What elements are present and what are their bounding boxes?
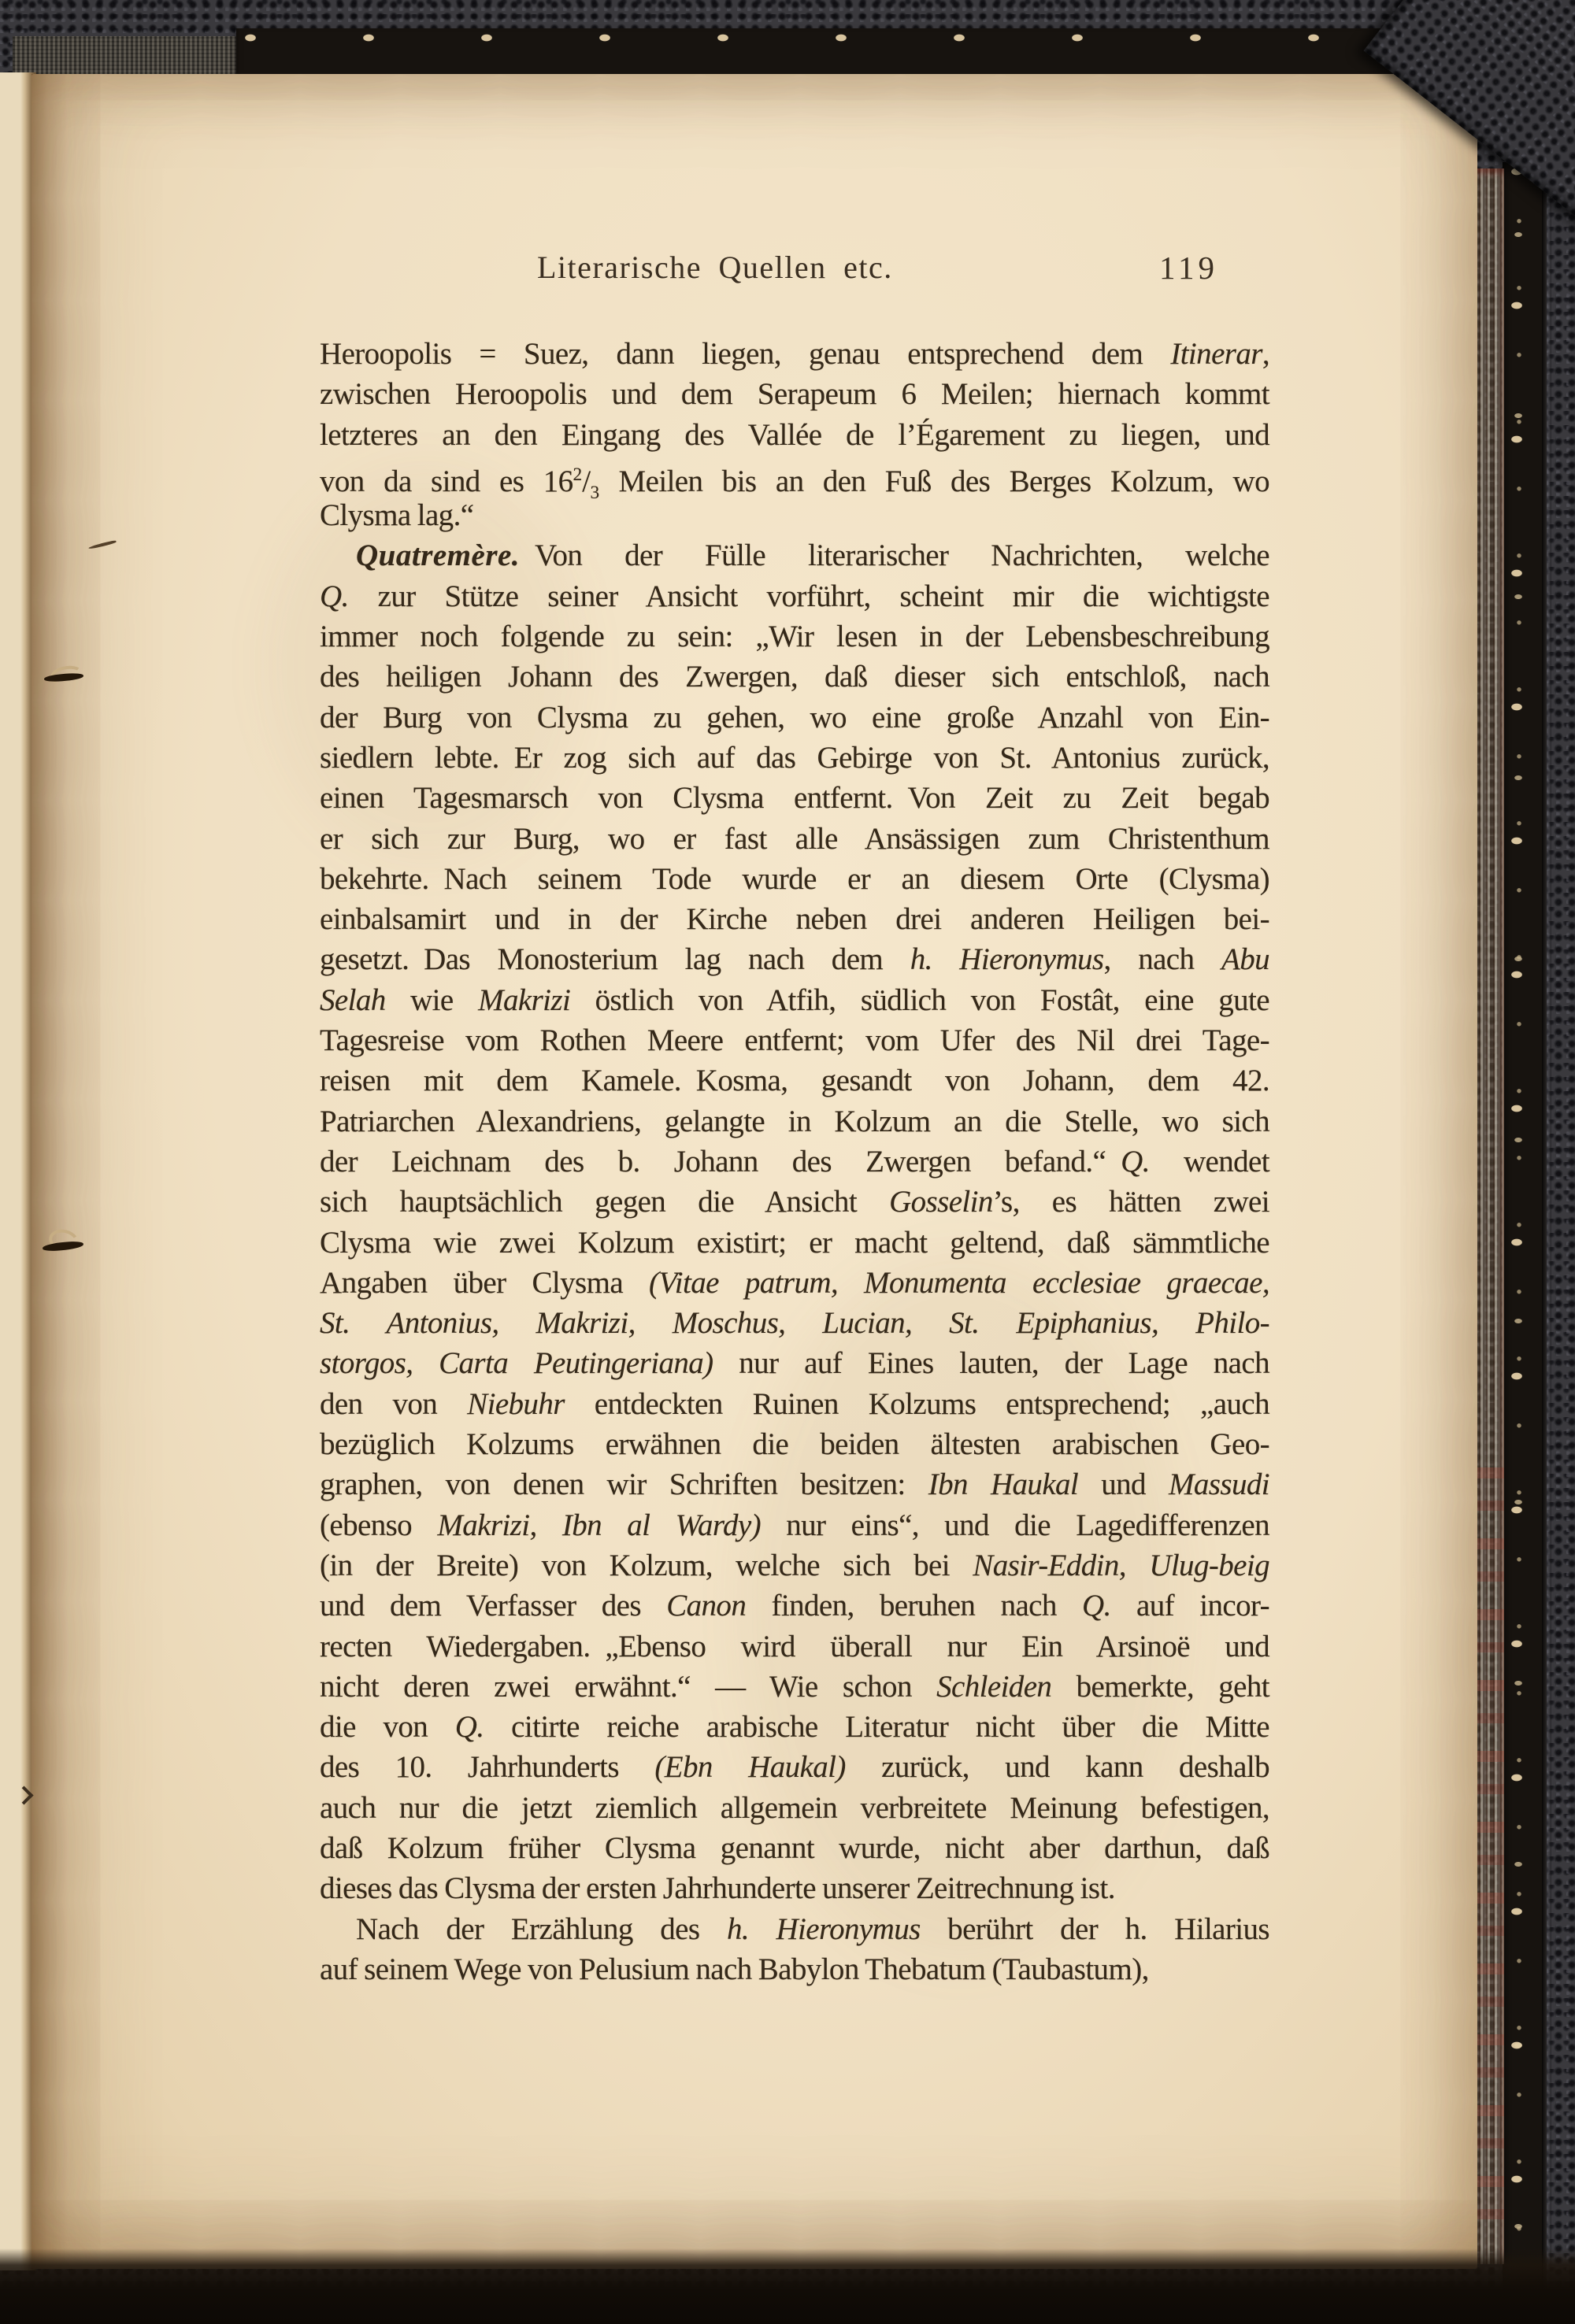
- text-segment: bezüglich Kolzums erwähnen die beiden äl…: [320, 1427, 1269, 1461]
- text-segment: 3: [590, 483, 599, 503]
- text-block: Heroopolis = Suez, dann liegen, genau en…: [320, 334, 1269, 1989]
- text-segment: Meilen bis an den Fuß des Berges Kolzum,…: [599, 464, 1269, 498]
- text-line: des 10. Jahrhunderts (Ebn Haukal) zurück…: [320, 1747, 1269, 1787]
- text-segment: die von: [320, 1710, 455, 1744]
- text-line: (in der Breite) von Kolzum, welche sich …: [320, 1545, 1269, 1586]
- text-segment: citirte reiche arabische Literatur nicht…: [484, 1710, 1269, 1744]
- text-segment: der Burg von Clysma zu gehen, wo eine gr…: [320, 701, 1269, 735]
- text-segment: den von: [320, 1387, 467, 1421]
- text-segment: reisen mit dem Kamele. Kosma, gesandt vo…: [320, 1064, 1269, 1097]
- text-line: Clysma wie zwei Kolzum existirt; er mach…: [320, 1223, 1269, 1263]
- text-line: zwischen Heroopolis und dem Serapeum 6 M…: [320, 374, 1269, 414]
- text-line: immer noch folgende zu sein: „Wir lesen …: [320, 616, 1269, 657]
- text-segment: Nach der Erzählung des: [356, 1912, 727, 1946]
- text-segment: Patriarchen Alexandriens, gelangte in Ko…: [320, 1105, 1269, 1138]
- text-line: einbalsamirt und in der Kirche neben dre…: [320, 899, 1269, 939]
- text-segment: und dem Verfasser des: [320, 1589, 666, 1623]
- text-line: der Burg von Clysma zu gehen, wo eine gr…: [320, 698, 1269, 738]
- text-segment: siedlern lebte. Er zog sich auf das Gebi…: [320, 741, 1269, 775]
- text-segment: letzteres an den Eingang des Vallée de l…: [320, 418, 1269, 452]
- text-segment: und: [1078, 1467, 1169, 1501]
- text-line: Clysma lag.“: [320, 495, 1269, 535]
- text-line: recten Wiedergaben. „Ebenso wird überall…: [320, 1626, 1269, 1667]
- text-line: reisen mit dem Kamele. Kosma, gesandt vo…: [320, 1060, 1269, 1101]
- text-segment: Itinerar: [1170, 337, 1262, 371]
- page-gutter-shadow: [31, 74, 68, 2269]
- text-segment: Clysma wie zwei Kolzum existirt; er mach…: [320, 1226, 1269, 1260]
- text-segment: von da sind es 16: [320, 464, 573, 498]
- text-line: dieses das Clysma der ersten Jahrhundert…: [320, 1868, 1269, 1908]
- text-segment: ’s, es hätten zwei: [993, 1185, 1269, 1219]
- text-segment: östlich von Atfih, südlich von Fostât, e…: [570, 983, 1269, 1017]
- text-segment: h. Hieronymus: [727, 1912, 921, 1946]
- text-segment: immer noch folgende zu sein: „Wir lesen …: [320, 620, 1269, 653]
- text-line: siedlern lebte. Er zog sich auf das Gebi…: [320, 738, 1269, 778]
- text-segment: h. Hieronymus: [910, 942, 1104, 976]
- text-segment: sich hauptsächlich gegen die Ansicht: [320, 1185, 889, 1219]
- binding-stitch-bottom: [41, 1230, 85, 1256]
- text-line: den von Niebuhr entdeckten Ruinen Kolzum…: [320, 1384, 1269, 1424]
- text-segment: /: [582, 464, 590, 498]
- text-segment: Q.: [455, 1710, 484, 1744]
- text-line: daß Kolzum früher Clysma genannt wurde, …: [320, 1828, 1269, 1868]
- text-line: St. Antonius, Makrizi, Moschus, Lucian, …: [320, 1303, 1269, 1343]
- text-line: die von Q. citirte reiche arabische Lite…: [320, 1707, 1269, 1747]
- text-segment: Canon: [666, 1589, 746, 1623]
- text-line: Heroopolis = Suez, dann liegen, genau en…: [320, 334, 1269, 374]
- text-line: Selah wie Makrizi östlich von Atfih, süd…: [320, 980, 1269, 1020]
- text-segment: Q.: [1082, 1589, 1111, 1623]
- text-segment: zurück, und kann deshalb: [846, 1750, 1269, 1784]
- text-segment: wendet: [1150, 1145, 1269, 1179]
- text-segment: nicht deren zwei erwähnt.“ — Wie schon: [320, 1670, 936, 1704]
- text-segment: Q.: [320, 579, 349, 613]
- text-segment: einen Tagesmarsch von Clysma entfernt. V…: [320, 781, 1269, 815]
- text-line: sich hauptsächlich gegen die Ansicht Gos…: [320, 1182, 1269, 1222]
- text-line: und dem Verfasser des Canon finden, beru…: [320, 1586, 1269, 1626]
- binding-stitch-top: [44, 666, 85, 686]
- text-segment: St. Antonius, Makrizi, Moschus, Lucian, …: [320, 1306, 1269, 1340]
- text-segment: bekehrte. Nach seinem Tode wurde er an d…: [320, 862, 1269, 896]
- text-segment: bemerkte, geht: [1051, 1670, 1269, 1704]
- text-segment: , nach: [1104, 942, 1221, 976]
- text-line: nicht deren zwei erwähnt.“ — Wie schon S…: [320, 1667, 1269, 1707]
- text-segment: Heroopolis = Suez, dann liegen, genau en…: [320, 337, 1170, 371]
- text-segment: einbalsamirt und in der Kirche neben dre…: [320, 902, 1269, 936]
- bottom-shadow: [0, 2248, 1575, 2324]
- text-segment: Tagesreise vom Rothen Meere entfernt; vo…: [320, 1023, 1269, 1057]
- page-number: 119: [1159, 249, 1218, 287]
- text-segment: Selah: [320, 983, 386, 1017]
- text-line: der Leichnam des b. Johann des Zwergen b…: [320, 1142, 1269, 1182]
- text-segment: Niebuhr: [467, 1387, 565, 1421]
- text-segment: Makrizi: [478, 983, 570, 1017]
- text-line: graphen, von denen wir Schriften besitze…: [320, 1464, 1269, 1504]
- text-segment: Makrizi, Ibn al Wardy): [437, 1508, 761, 1542]
- text-segment: auf incor-: [1111, 1589, 1269, 1623]
- text-segment: Ibn Haukal: [928, 1467, 1078, 1501]
- text-line: Patriarchen Alexandriens, gelangte in Ko…: [320, 1101, 1269, 1142]
- text-line: Q. zur Stütze seiner Ansicht vorführt, s…: [320, 576, 1269, 616]
- text-line: einen Tagesmarsch von Clysma entfernt. V…: [320, 778, 1269, 818]
- text-segment: er sich zur Burg, wo er fast alle Ansäss…: [320, 822, 1269, 856]
- text-segment: ,: [1262, 337, 1269, 371]
- text-segment: storgos, Carta Peutingeriana): [320, 1346, 713, 1380]
- text-line: Quatremère. Von der Fülle literarischer …: [320, 535, 1269, 575]
- text-segment: Q.: [1121, 1145, 1150, 1179]
- text-line: letzteres an den Eingang des Vallée de l…: [320, 415, 1269, 455]
- running-header: Literarische Quellen etc. 119: [320, 249, 1273, 293]
- text-segment: Nasir-Eddin, Ulug-beig: [973, 1549, 1269, 1582]
- text-segment: des heiligen Johann des Zwergen, daß die…: [320, 660, 1269, 694]
- text-segment: auf seinem Wege von Pelusium nach Babylo…: [320, 1952, 1149, 1986]
- text-segment: zwischen Heroopolis und dem Serapeum 6 M…: [320, 377, 1269, 411]
- text-segment: dieses das Clysma der ersten Jahrhundert…: [320, 1871, 1115, 1905]
- text-segment: Clysma lag.“: [320, 498, 473, 532]
- text-line: storgos, Carta Peutingeriana) nur auf Ei…: [320, 1343, 1269, 1383]
- text-segment: finden, beruhen nach: [746, 1589, 1082, 1623]
- running-header-title: Literarische Quellen etc.: [537, 249, 893, 286]
- text-line: Tagesreise vom Rothen Meere entfernt; vo…: [320, 1020, 1269, 1060]
- text-line: er sich zur Burg, wo er fast alle Ansäss…: [320, 819, 1269, 859]
- text-segment: recten Wiedergaben. „Ebenso wird überall…: [320, 1630, 1269, 1663]
- text-segment: (Vitae patrum, Monumenta ecclesiae graec…: [649, 1266, 1269, 1300]
- text-line: auch nur die jetzt ziemlich allgemein ve…: [320, 1788, 1269, 1828]
- text-segment: entdeckten Ruinen Kolzums entsprechend; …: [565, 1387, 1269, 1421]
- text-segment: Gosselin: [889, 1185, 993, 1219]
- text-segment: des 10. Jahrhunderts: [320, 1750, 654, 1784]
- text-line: Angaben über Clysma (Vitae patrum, Monum…: [320, 1263, 1269, 1303]
- text-line: (ebenso Makrizi, Ibn al Wardy) nur eins“…: [320, 1505, 1269, 1545]
- text-line: gesetzt. Das Monosterium lag nach dem h.…: [320, 939, 1269, 979]
- text-segment: Massudi: [1169, 1467, 1269, 1501]
- book-page: Literarische Quellen etc. 119 Heroopolis…: [31, 74, 1477, 2269]
- book-scan: Literarische Quellen etc. 119 Heroopolis…: [0, 0, 1575, 2324]
- text-segment: (ebenso: [320, 1508, 437, 1542]
- text-line: auf seinem Wege von Pelusium nach Babylo…: [320, 1949, 1269, 1989]
- text-segment: auch nur die jetzt ziemlich allgemein ve…: [320, 1791, 1269, 1825]
- text-segment: wie: [386, 983, 478, 1017]
- text-segment: Schleiden: [936, 1670, 1051, 1704]
- text-segment: nur auf Eines lauten, der Lage nach: [713, 1346, 1269, 1380]
- cover-ridge: [1542, 0, 1551, 2324]
- text-segment: gesetzt. Das Monosterium lag nach dem: [320, 942, 910, 976]
- text-segment: Von der Fülle literarischer Nachrichten,…: [520, 538, 1269, 572]
- text-segment: Quatremère.: [356, 538, 520, 572]
- text-segment: (in der Breite) von Kolzum, welche sich …: [320, 1549, 973, 1582]
- text-segment: nur eins“, und die Lagedifferenzen: [761, 1508, 1269, 1542]
- text-line: bekehrte. Nach seinem Tode wurde er an d…: [320, 859, 1269, 899]
- pen-mark: [88, 540, 117, 550]
- text-segment: daß Kolzum früher Clysma genannt wurde, …: [320, 1831, 1269, 1865]
- text-line: Nach der Erzählung des h. Hieronymus ber…: [320, 1909, 1269, 1949]
- text-segment: graphen, von denen wir Schriften besitze…: [320, 1467, 928, 1501]
- text-segment: zur Stütze seiner Ansicht vorführt, sche…: [349, 579, 1269, 613]
- text-segment: Angaben über Clysma: [320, 1266, 649, 1300]
- marbled-paper-right-edge: [1503, 162, 1547, 2324]
- text-segment: berührt der h. Hilarius: [921, 1912, 1269, 1946]
- text-line: von da sind es 162/3 Meilen bis an den F…: [320, 455, 1269, 495]
- text-segment: Abu: [1221, 942, 1269, 976]
- text-segment: der Leichnam des b. Johann des Zwergen b…: [320, 1145, 1121, 1179]
- text-segment: 2: [573, 464, 583, 485]
- text-segment: (Ebn Haukal): [654, 1750, 845, 1784]
- text-line: bezüglich Kolzums erwähnen die beiden äl…: [320, 1424, 1269, 1464]
- text-line: des heiligen Johann des Zwergen, daß die…: [320, 657, 1269, 697]
